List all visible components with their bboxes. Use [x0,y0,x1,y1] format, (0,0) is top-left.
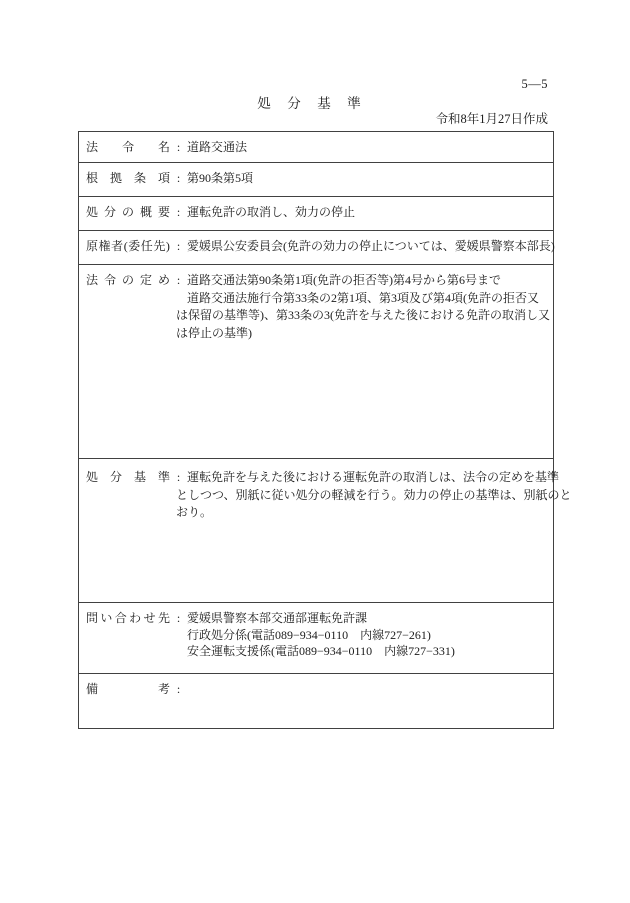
content-line: 第90条第5項 [187,170,548,188]
label-colon: : [170,681,187,699]
label-char: 権 [99,238,111,256]
row-content: 愛媛県公安委員会(免許の効力の停止については、愛媛県警察本部長) [187,238,548,256]
label-char: 名 [158,139,170,157]
label-char: 基 [317,92,331,112]
label-char: 拠 [110,170,122,188]
row-content: 愛媛県警察本部交通部運転免許課 行政処分係(電話089−934−0110 内線7… [187,610,548,660]
table-row-legal-basis: 根拠条項 : 第90条第5項 [79,163,553,197]
content-line: 行政処分係(電話089−934−0110 内線727−261) [187,627,548,644]
content-line: 道路交通法 [187,139,548,157]
row-content: 運転免許の取消し、効力の停止 [187,204,548,222]
label-char: せ [144,610,156,628]
label-char: 委 [128,238,140,256]
label-colon: : [170,272,187,290]
label-colon: : [170,238,187,256]
disposition-table: 法令名 : 道路交通法 根拠条項 : 第90条第5項 処分の概要 : 運転免許の… [78,131,554,729]
label-char: 令 [104,272,116,290]
label-char: の [122,204,134,222]
label-char: 処 [86,204,98,222]
label-char: 先 [158,610,170,628]
label-char: 要 [158,204,170,222]
label-char: い [100,610,112,628]
row-content: 第90条第5項 [187,170,548,188]
label-char: ( [124,238,128,256]
label-char: 先 [153,238,165,256]
label-char: 法 [86,272,98,290]
label-char: 法 [86,139,98,157]
label-char: 問 [86,610,98,628]
label-colon: : [170,204,187,222]
label-char: わ [129,610,141,628]
row-content: 道路交通法 [187,139,548,157]
page-number: 5—5 [522,77,549,92]
content-line: 運転免許の取消し、効力の停止 [187,204,548,222]
table-row-authority: 原権者(委任先) : 愛媛県公安委員会(免許の効力の停止については、愛媛県警察本… [79,231,553,265]
row-label-contact: 問い合わせ先 [86,610,170,628]
row-label-disposition-criteria: 処分基準 [86,469,170,487]
table-row-contact: 問い合わせ先 : 愛媛県警察本部交通部運転免許課 行政処分係(電話089−934… [79,603,553,674]
label-char: め [158,272,170,290]
label-char: 基 [134,469,146,487]
table-row-remarks: 備考 : [79,674,553,728]
label-colon: : [170,469,187,487]
label-char: 原 [86,238,98,256]
label-char: 考 [158,681,170,699]
label-char: 処 [86,469,98,487]
table-row-legal-provisions: 法令の定め : 道路交通法第90条第1項(免許の拒否等)第4号から第6号まで 道… [79,265,553,459]
row-label-disposition-summary: 処分の概要 [86,204,170,222]
label-char: 任 [141,238,153,256]
label-colon: : [170,139,187,157]
label-char: 項 [158,170,170,188]
label-colon: : [170,170,187,188]
label-char: 分 [104,204,116,222]
row-content: 道路交通法第90条第1項(免許の拒否等)第4号から第6号まで 道路交通法施行令第… [187,272,548,342]
label-colon: : [170,610,187,628]
table-row-disposition-summary: 処分の概要 : 運転免許の取消し、効力の停止 [79,197,553,231]
content-line: 道路交通法第90条第1項(免許の拒否等)第4号から第6号まで [187,272,548,290]
label-char: 分 [287,92,301,112]
content-line: 安全運転支援係(電話089−934−0110 内線727−331) [187,643,548,660]
content-line: は保留の基準等)、第33条の3(免許を与えた後における免許の取消し又 [176,307,548,325]
row-label-legal-provisions: 法令の定め [86,272,170,290]
label-char: 分 [110,469,122,487]
table-row-law-name: 法令名 : 道路交通法 [79,132,553,163]
label-char: 令 [122,139,134,157]
label-char: の [122,272,134,290]
content-line: 愛媛県公安委員会(免許の効力の停止については、愛媛県警察本部長) [187,238,548,256]
content-line: おり。 [176,504,548,522]
content-line: としつつ、別紙に従い処分の軽減を行う。効力の停止の基準は、別紙のと [176,487,548,505]
label-char: 根 [86,170,98,188]
row-label-legal-basis: 根拠条項 [86,170,170,188]
label-char: 備 [86,681,98,699]
content-line: 運転免許を与えた後における運転免許の取消しは、法令の定めを基準 [187,469,548,487]
label-char: 準 [347,92,361,112]
label-char: 者 [111,238,123,256]
content-line: 愛媛県警察本部交通部運転免許課 [187,610,548,627]
label-char: 概 [140,204,152,222]
content-line: 道路交通法施行令第33条の2第1項、第3項及び第4項(免許の拒否又 [187,290,548,308]
content-line: は停止の基準) [176,325,548,343]
row-label-remarks: 備考 [86,681,170,699]
label-char: 条 [134,170,146,188]
label-char: 定 [140,272,152,290]
label-char: 処 [257,92,271,112]
label-char: 準 [158,469,170,487]
row-content: 運転免許を与えた後における運転免許の取消しは、法令の定めを基準 としつつ、別紙に… [187,469,548,522]
row-label-law-name: 法令名 [86,139,170,157]
row-label-authority: 原権者(委任先) [86,238,170,256]
label-char: 合 [115,610,127,628]
creation-date: 令和8年1月27日作成 [435,109,548,127]
table-row-disposition-criteria: 処分基準 : 運転免許を与えた後における運転免許の取消しは、法令の定めを基準 と… [79,459,553,603]
